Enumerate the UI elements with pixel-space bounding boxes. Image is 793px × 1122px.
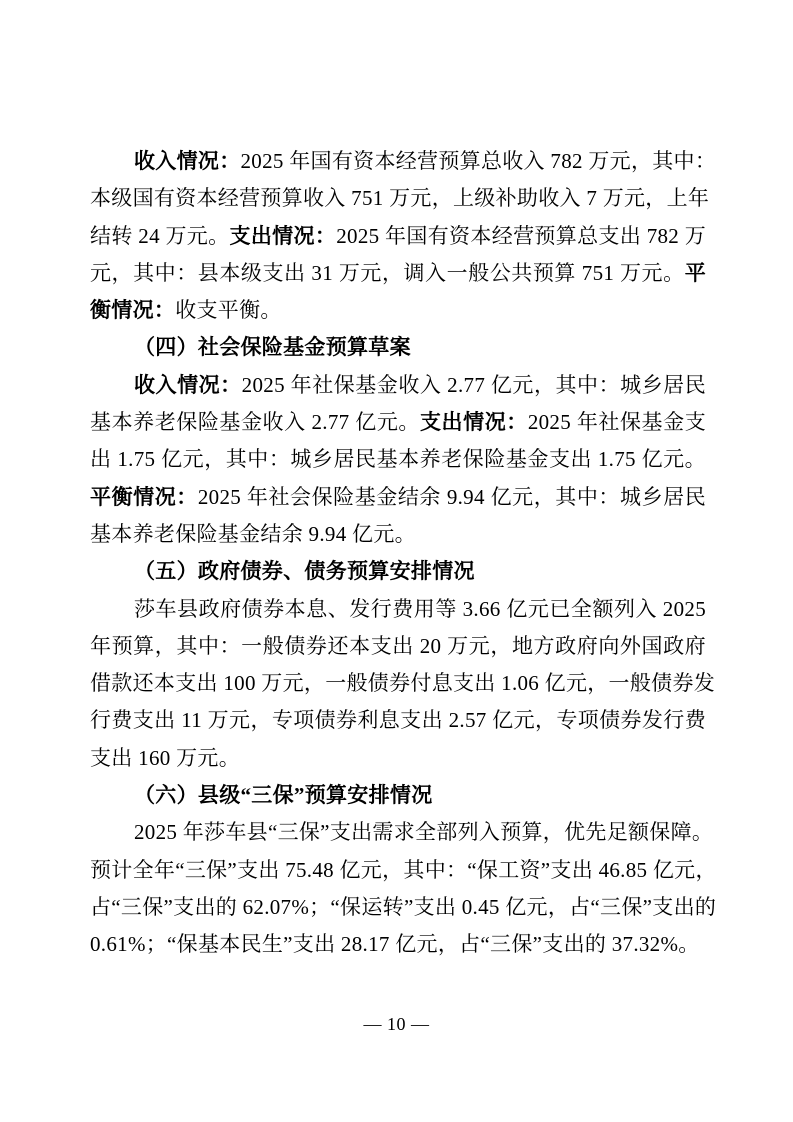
paragraph-line: 收入情况：2025 年社保基金收入 2.77 亿元，其中：城乡居民 [90,367,706,404]
paragraph-line: 收入情况：2025 年国有资本经营预算总收入 782 万元，其中： [90,143,706,180]
paragraph-line: 预计全年“三保”支出 75.48 亿元，其中：“保工资”支出 46.85 亿元， [90,852,706,889]
body-text: 行费支出 11 万元，专项债券利息支出 2.57 亿元，专项债券发行费 [90,708,706,732]
paragraph-line: 结转 24 万元。支出情况：2025 年国有资本经营预算总支出 782 万 [90,218,706,255]
inline-label-expenditure: 支出情况： [230,224,337,248]
body-text: 莎车县政府债券本息、发行费用等 3.66 亿元已全额列入 2025 [134,597,706,621]
body-text: 预计全年“三保”支出 75.48 亿元，其中：“保工资”支出 46.85 亿元， [90,858,717,882]
inline-label-balance: 衡情况： [90,298,175,322]
paragraph-line: 支出 160 万元。 [90,740,706,777]
paragraph-line: 莎车县政府债券本息、发行费用等 3.66 亿元已全额列入 2025 [90,591,706,628]
section-heading-three-guarantees: （六）县级“三保”预算安排情况 [90,777,706,814]
body-text: 本级国有资本经营预算收入 751 万元，上级补助收入 7 万元，上年 [90,186,709,210]
paragraph-line: 衡情况：收支平衡。 [90,292,706,329]
section-heading-government-bonds: （五）政府债券、债务预算安排情况 [90,553,706,590]
body-text: 2025 年莎车县“三保”支出需求全部列入预算，优先足额保障。 [134,820,713,844]
inline-label-balance: 平衡情况： [90,485,198,509]
body-text: 元，其中：县本级支出 31 万元，调入一般公共预算 751 万元。 [90,261,685,285]
body-text: 2025 年社保基金收入 2.77 亿元，其中：城乡居民 [242,373,706,397]
body-text: 收支平衡。 [175,298,282,322]
body-text: 基本养老保险基金收入 2.77 亿元。 [90,410,420,434]
body-text: 结转 24 万元。 [90,224,230,248]
body-text: 借款还本支出 100 万元，一般债券付息支出 1.06 亿元，一般债券发 [90,671,715,695]
paragraph-line: 2025 年莎车县“三保”支出需求全部列入预算，优先足额保障。 [90,814,706,851]
body-text: 0.61%；“保基本民生”支出 28.17 亿元，占“三保”支出的 37.32%… [90,932,700,956]
inline-label-balance: 平 [685,261,706,285]
body-text: 出 1.75 亿元，其中：城乡居民基本养老保险基金支出 1.75 亿元。 [90,447,706,471]
page-number: — 10 — [0,1012,793,1036]
section-heading-social-insurance: （四）社会保险基金预算草案 [90,329,706,366]
inline-label-income: 收入情况： [134,373,242,397]
body-text: 基本养老保险基金结余 9.94 亿元。 [90,522,416,546]
paragraph-line: 基本养老保险基金收入 2.77 亿元。支出情况：2025 年社保基金支 [90,404,706,441]
body-text: 年预算，其中：一般债券还本支出 20 万元，地方政府向外国政府 [90,634,706,658]
paragraph-line: 元，其中：县本级支出 31 万元，调入一般公共预算 751 万元。平 [90,255,706,292]
paragraph-line: 本级国有资本经营预算收入 751 万元，上级补助收入 7 万元，上年 [90,180,706,217]
body-text: 支出 160 万元。 [90,746,240,770]
paragraph-line: 基本养老保险基金结余 9.94 亿元。 [90,516,706,553]
body-text: 2025 年国有资本经营预算总收入 782 万元，其中： [241,149,717,173]
paragraph-line: 平衡情况：2025 年社会保险基金结余 9.94 亿元，其中：城乡居民 [90,479,706,516]
body-text: 2025 年社保基金支 [528,410,706,434]
paragraph-line: 借款还本支出 100 万元，一般债券付息支出 1.06 亿元，一般债券发 [90,665,706,702]
inline-label-expenditure: 支出情况： [420,410,528,434]
inline-label-income: 收入情况： [134,149,241,173]
body-text: 占“三保”支出的 62.07%；“保运转”支出 0.45 亿元，占“三保”支出的 [90,895,716,919]
body-text: 2025 年国有资本经营预算总支出 782 万 [336,224,706,248]
paragraph-line: 0.61%；“保基本民生”支出 28.17 亿元，占“三保”支出的 37.32%… [90,926,706,963]
paragraph-line: 占“三保”支出的 62.07%；“保运转”支出 0.45 亿元，占“三保”支出的 [90,889,706,926]
document-page-text: 收入情况：2025 年国有资本经营预算总收入 782 万元，其中： 本级国有资本… [90,143,706,964]
body-text: 2025 年社会保险基金结余 9.94 亿元，其中：城乡居民 [198,485,706,509]
paragraph-line: 出 1.75 亿元，其中：城乡居民基本养老保险基金支出 1.75 亿元。 [90,441,706,478]
paragraph-line: 年预算，其中：一般债券还本支出 20 万元，地方政府向外国政府 [90,628,706,665]
paragraph-line: 行费支出 11 万元，专项债券利息支出 2.57 亿元，专项债券发行费 [90,702,706,739]
